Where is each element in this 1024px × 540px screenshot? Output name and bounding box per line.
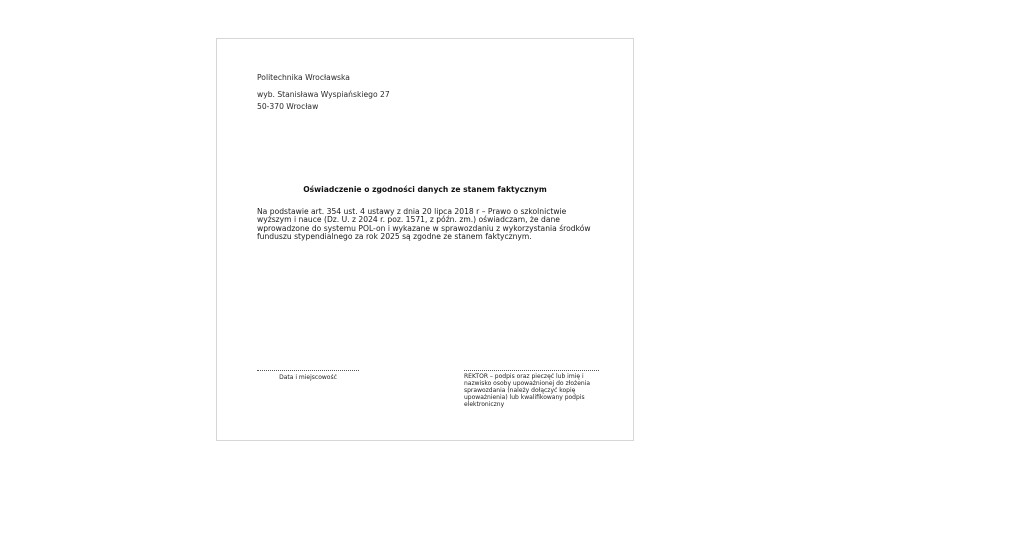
rector-dotted-line [464,370,599,371]
date-place-caption: Data i miejscowość [257,374,359,381]
institution-name: Politechnika Wrocławska [257,73,350,83]
document-page: Politechnika Wrocławska wyb. Stanisława … [216,38,634,441]
document-title: Oświadczenie o zgodności danych ze stane… [217,185,633,194]
declaration-text: Na podstawie art. 354 ust. 4 ustawy z dn… [257,208,602,242]
date-place-signature-block: Data i miejscowość [257,370,359,381]
institution-city: 50-370 Wrocław [257,102,318,112]
rector-signature-block: REKTOR – podpis oraz pieczęć lub imię i … [464,370,599,409]
institution-street: wyb. Stanisława Wyspiańskiego 27 [257,90,390,100]
date-place-dotted-line [257,370,359,371]
rector-signature-caption: REKTOR – podpis oraz pieczęć lub imię i … [464,374,599,409]
